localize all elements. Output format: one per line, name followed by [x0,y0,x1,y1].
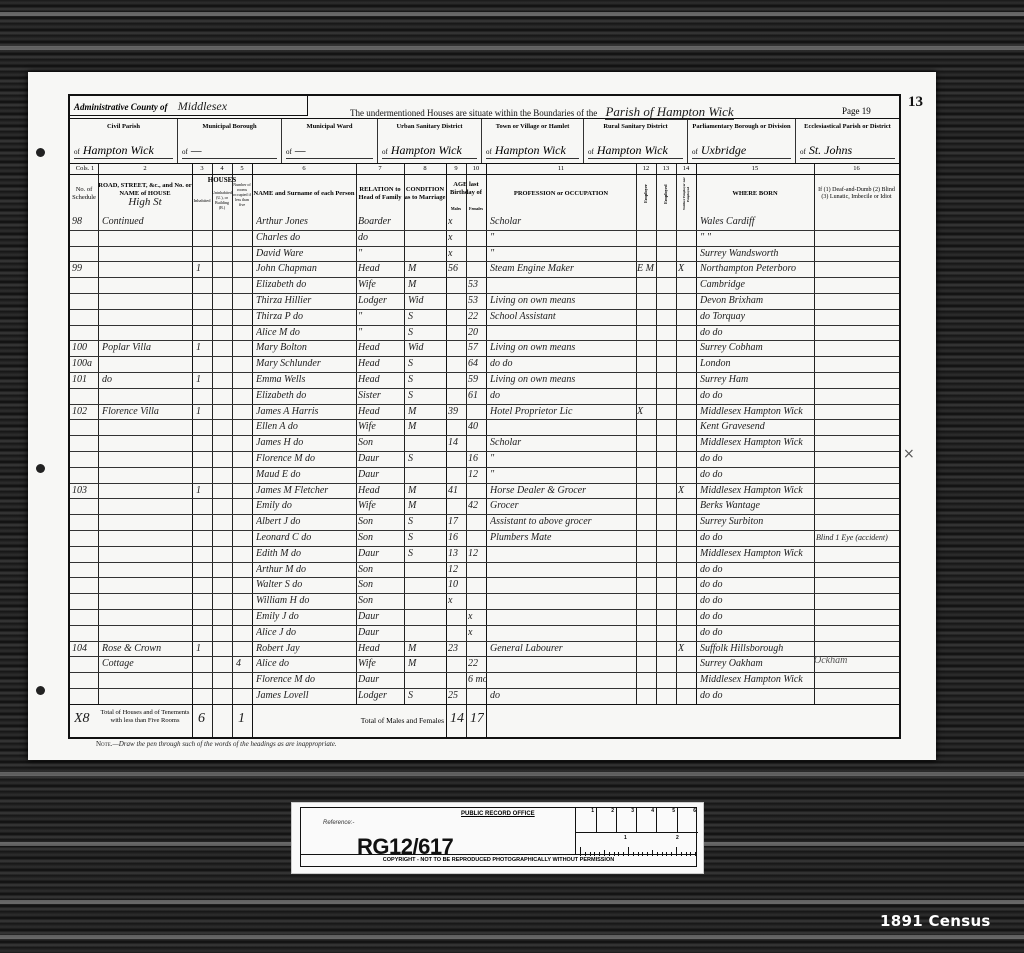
rooms-count [236,372,250,388]
road-or-house-name [102,498,190,514]
where-born: do do [700,688,812,704]
male-age: 25 [448,688,466,704]
road-or-house-name: do [102,372,190,388]
schedule-number [72,277,98,293]
marital-condition: M [408,483,444,499]
infirmity [816,688,898,704]
schedule-number [72,514,98,530]
totals-rooms: 1 [238,711,245,730]
inhabited-count [196,214,210,230]
stray-cross-mark: × [903,446,915,462]
rooms-count [236,340,250,356]
neither-mark [678,325,696,341]
where-born: Suffolk Hillsborough [700,641,812,657]
neither-mark [678,514,696,530]
marital-condition: M [408,261,444,277]
marital-condition: M [408,419,444,435]
male-age: x [448,246,466,262]
male-age: 16 [448,530,466,546]
person-name: Walter S do [256,577,354,593]
employer-mark [637,577,655,593]
folio-number: 13 [908,94,923,111]
neither-mark [678,498,696,514]
col-head-occupation: PROFESSION or OCCUPATION [486,174,636,214]
schedule-number [72,467,98,483]
totals-schedule: X8 [74,711,90,730]
district-value: ofUxbridge [692,143,791,159]
inhabited-count: 1 [196,372,210,388]
relation-to-head: Head [358,483,402,499]
rooms-count [236,277,250,293]
inhabited-count [196,293,210,309]
occupation: School Assistant [490,309,634,325]
male-age [448,609,466,625]
infirmity [816,214,898,230]
rooms-count [236,514,250,530]
schedule-number [72,230,98,246]
relation-to-head: Daur [358,546,402,562]
rooms-count [236,530,250,546]
employer-mark [637,688,655,704]
marital-condition: M [408,404,444,420]
relation-to-head: " [358,325,402,341]
neither-mark [678,372,696,388]
infirmity [816,498,898,514]
table-row: 101do1Emma WellsHeadS59Living on own mea… [70,372,899,389]
female-age [468,404,486,420]
employer-mark [637,483,655,499]
public-record-office-label: PUBLIC RECORD OFFICE [461,811,535,817]
employer-mark: E M [637,261,655,277]
female-age: 59 [468,372,486,388]
col-head-employer: Employer [636,174,656,214]
relation-to-head: Head [358,340,402,356]
where-born: Middlesex Hampton Wick [700,672,812,688]
marital-condition: Wid [408,340,444,356]
table-row: 102Florence Villa1James A HarrisHeadM39H… [70,404,899,421]
relation-to-head: Lodger [358,293,402,309]
person-name: Thirza P do [256,309,354,325]
where-born: Berks Wantage [700,498,812,514]
reference-card-frame: Reference:- PUBLIC RECORD OFFICE RG12/61… [300,807,697,867]
person-name: Arthur M do [256,562,354,578]
infirmity [816,435,898,451]
inhabited-count: 1 [196,641,210,657]
road-or-house-name [102,309,190,325]
scale-label: 2 [676,835,679,841]
female-age: 20 [468,325,486,341]
road-or-house-name [102,277,190,293]
rooms-count [236,498,250,514]
female-age: 64 [468,356,486,372]
marital-condition: M [408,656,444,672]
table-row: 100aMary SchlunderHeadS64do doLondon [70,356,899,373]
person-name: Florence M do [256,451,354,467]
inhabited-count [196,230,210,246]
table-row: 1031James M FletcherHeadM41Horse Dealer … [70,483,899,500]
infirmity [816,593,898,609]
relation-to-head: Son [358,577,402,593]
where-born: Middlesex Hampton Wick [700,435,812,451]
col-head-males: Males [446,204,466,214]
employer-mark [637,325,655,341]
infirmity: Blind 1 Eye (accident) [816,530,898,546]
inhabited-count [196,546,210,562]
occupation [490,625,634,641]
inhabited-count [196,467,210,483]
infirmity [816,277,898,293]
inhabited-count [196,451,210,467]
infirmity [816,261,898,277]
neither-mark: X [678,483,696,499]
employer-mark [637,372,655,388]
col-head-where-born: WHERE BORN [696,174,814,214]
road-or-house-name [102,419,190,435]
totals-houses-label: Total of Houses and of Tenements with le… [100,709,190,725]
employer-mark [637,214,655,230]
neither-mark [678,546,696,562]
female-age [468,688,486,704]
relation-to-head: Son [358,514,402,530]
male-age: 14 [448,435,466,451]
male-age [448,672,466,688]
reference-label: Reference:- [323,820,354,826]
rooms-count [236,388,250,404]
infirmity [816,372,898,388]
inhabited-count [196,672,210,688]
occupation [490,593,634,609]
relation-to-head: Son [358,562,402,578]
infirmity [816,246,898,262]
table-row: 104Rose & Crown1Robert JayHeadM23General… [70,641,899,658]
rooms-count [236,483,250,499]
inch-scale: 12 [576,832,698,856]
neither-mark [678,230,696,246]
female-age: 12 [468,546,486,562]
schedule-number [72,562,98,578]
person-name: John Chapman [256,261,354,277]
female-age [468,562,486,578]
infirmity [816,451,898,467]
road-or-house-name: Cottage [102,656,190,672]
where-born: do do [700,609,812,625]
district-label: Ecclesiastical Parish or District [796,123,899,131]
infirmity [816,340,898,356]
occupation: Hotel Proprietor Lic [490,404,634,420]
schedule-number [72,419,98,435]
person-name: Edith M do [256,546,354,562]
employer-mark [637,293,655,309]
male-age [448,625,466,641]
employer-mark [637,641,655,657]
neither-mark [678,309,696,325]
scan-band [0,46,1024,50]
employer-mark [637,514,655,530]
road-or-house-name [102,261,190,277]
marital-condition: S [408,309,444,325]
employer-mark [637,593,655,609]
district-municipal-ward: Municipal Ward of— [282,119,378,163]
relation-to-head: Wife [358,498,402,514]
reference-card: Reference:- PUBLIC RECORD OFFICE RG12/61… [291,802,704,874]
administrative-county: Administrative County of Middlesex [70,96,308,116]
col-head-rooms: Number of rooms occupied if less than fi… [232,174,252,214]
occupation: " [490,467,634,483]
inhabited-count [196,688,210,704]
marital-condition [408,467,444,483]
schedule-number [72,451,98,467]
male-age: x [448,214,466,230]
occupation: Horse Dealer & Grocer [490,483,634,499]
occupation [490,609,634,625]
col-head-road: ROAD, STREET, &c., and No. or NAME of HO… [98,174,192,214]
scan-band [0,935,1024,939]
person-name: James M Fletcher [256,483,354,499]
rooms-count [236,625,250,641]
marital-condition [408,246,444,262]
male-age: x [448,230,466,246]
totals-row: X8 Total of Houses and of Tenements with… [70,704,899,738]
male-age [448,277,466,293]
schedule-number [72,656,98,672]
relation-to-head: Head [358,261,402,277]
scan-band [0,900,1024,904]
person-name: David Ware [256,246,354,262]
road-or-house-name [102,514,190,530]
relation-to-head: Wife [358,656,402,672]
neither-mark [678,246,696,262]
occupation: Steam Engine Maker [490,261,634,277]
female-age [468,483,486,499]
neither-mark [678,419,696,435]
occupation [490,419,634,435]
person-name: Albert J do [256,514,354,530]
district-value: ofSt. Johns [800,143,895,159]
infirmity [816,419,898,435]
schedule-number: 102 [72,404,98,420]
road-or-house-name [102,577,190,593]
relation-to-head: Daur [358,625,402,641]
male-age [448,293,466,309]
marital-condition: S [408,688,444,704]
where-born: do do [700,577,812,593]
punch-hole [36,148,45,157]
schedule-number [72,309,98,325]
totals-males: 14 [450,711,464,730]
occupation [490,277,634,293]
marital-condition [408,435,444,451]
occupation: " [490,246,634,262]
inhabited-count: 1 [196,404,210,420]
marital-condition [408,672,444,688]
road-or-house-name: Poplar Villa [102,340,190,356]
employer-mark [637,340,655,356]
marital-condition [408,214,444,230]
col-head-infirmity: If (1) Deaf-and-Dumb (2) Blind (3) Lunat… [814,174,899,214]
inhabited-count [196,593,210,609]
rooms-count [236,641,250,657]
relation-to-head: Head [358,641,402,657]
district-label: Parliamentary Borough or Division [688,123,795,131]
occupation: Living on own means [490,340,634,356]
occupation: Scholar [490,214,634,230]
schedule-number [72,246,98,262]
marital-condition [408,625,444,641]
rooms-count [236,325,250,341]
person-name: Emily J do [256,609,354,625]
col-head-uninhabited: Uninhabited (U.), or Building (B.) [212,186,232,214]
road-or-house-name [102,672,190,688]
occupation [490,562,634,578]
person-name: Florence M do [256,672,354,688]
female-age: 53 [468,277,486,293]
inhabited-count [196,498,210,514]
schedule-number [72,625,98,641]
relation-to-head: Daur [358,609,402,625]
female-age: 61 [468,388,486,404]
table-row: 991John ChapmanHeadM56Steam Engine Maker… [70,261,899,278]
road-or-house-name: Florence Villa [102,404,190,420]
employer-mark: X [637,404,655,420]
district-label: Rural Sanitary District [584,123,687,131]
punch-hole [36,464,45,473]
female-age: 12 [468,467,486,483]
female-age: 16 [468,451,486,467]
female-age: 22 [468,309,486,325]
relation-to-head: Wife [358,419,402,435]
district-ecclesiastical: Ecclesiastical Parish or District ofSt. … [796,119,899,163]
employer-mark [637,435,655,451]
where-born: Surrey Ham [700,372,812,388]
road-or-house-name [102,562,190,578]
schedule-number [72,388,98,404]
female-age: 57 [468,340,486,356]
schedule-number [72,325,98,341]
table-row: Walter S doSon10do do [70,577,899,594]
inhabited-count [196,656,210,672]
occupation: Living on own means [490,293,634,309]
schedule-number [72,577,98,593]
district-civil-parish: Civil Parish ofHampton Wick [70,119,178,163]
person-name: James A Harris [256,404,354,420]
schedule-number: 100 [72,340,98,356]
district-parliamentary: Parliamentary Borough or Division ofUxbr… [688,119,796,163]
neither-mark [678,672,696,688]
relation-to-head: Boarder [358,214,402,230]
neither-mark [678,451,696,467]
relation-to-head: " [358,309,402,325]
schedule-number: 98 [72,214,98,230]
marital-condition: S [408,356,444,372]
rooms-count [236,404,250,420]
where-born: do do [700,593,812,609]
table-row: Thirza HillierLodgerWid53Living on own m… [70,293,899,310]
road-or-house-name [102,546,190,562]
where-born: do do [700,325,812,341]
col-head-females: Females [466,204,486,214]
male-age [448,419,466,435]
occupation: " [490,451,634,467]
relation-to-head: Son [358,593,402,609]
road-or-house-name [102,625,190,641]
neither-mark [678,340,696,356]
employer-mark [637,467,655,483]
scale-label: 1 [624,835,627,841]
where-born: Middlesex Hampton Wick [700,483,812,499]
where-born: Middlesex Hampton Wick [700,546,812,562]
rooms-count [236,451,250,467]
rooms-count: 4 [236,656,250,672]
neither-mark [678,609,696,625]
road-or-house-name [102,467,190,483]
road-name-value: High St [128,198,161,206]
schedule-number [72,593,98,609]
road-or-house-name [102,230,190,246]
male-age [448,656,466,672]
table-row: David Ware"x"Surrey Wandsworth [70,246,899,263]
neither-mark [678,577,696,593]
schedule-number [72,435,98,451]
male-age: 23 [448,641,466,657]
person-name: Ellen A do [256,419,354,435]
occupation [490,656,634,672]
totals-persons-label: Total of Males and Females [320,717,444,725]
female-age: 53 [468,293,486,309]
marital-condition: S [408,546,444,562]
rooms-count [236,356,250,372]
where-born: do do [700,530,812,546]
where-born: Devon Brixham [700,293,812,309]
totals-inhabited: 6 [198,711,205,730]
infirmity [816,672,898,688]
schedule-number: 103 [72,483,98,499]
marital-condition [408,593,444,609]
infirmity [816,562,898,578]
marital-condition: S [408,372,444,388]
neither-mark: X [678,261,696,277]
marital-condition [408,230,444,246]
rooms-count [236,562,250,578]
table-row: Elizabeth doSisterS61dodo do [70,388,899,405]
where-born: Surrey Cobham [700,340,812,356]
person-name: Mary Schlunder [256,356,354,372]
where-born: do do [700,625,812,641]
district-label: Municipal Borough [178,123,281,131]
road-or-house-name: Continued [102,214,190,230]
relation-to-head: Daur [358,451,402,467]
rooms-count [236,593,250,609]
marital-condition: S [408,514,444,530]
where-born: London [700,356,812,372]
occupation [490,577,634,593]
male-age [448,325,466,341]
infirmity [816,467,898,483]
where-born: " " [700,230,812,246]
person-name: James Lovell [256,688,354,704]
relation-to-head: Head [358,404,402,420]
employer-mark [637,277,655,293]
table-row: Emily doWifeM42GrocerBerks Wantage [70,498,899,515]
where-born: do do [700,451,812,467]
male-age: 17 [448,514,466,530]
district-row: Civil Parish ofHampton Wick Municipal Bo… [70,118,899,164]
female-age [468,593,486,609]
where-born: do Torquay [700,309,812,325]
table-row: Thirza P do"S22School Assistantdo Torqua… [70,309,899,326]
where-born: Surrey Surbiton [700,514,812,530]
inhabited-count [196,625,210,641]
district-label: Town or Village or Hamlet [482,123,583,131]
